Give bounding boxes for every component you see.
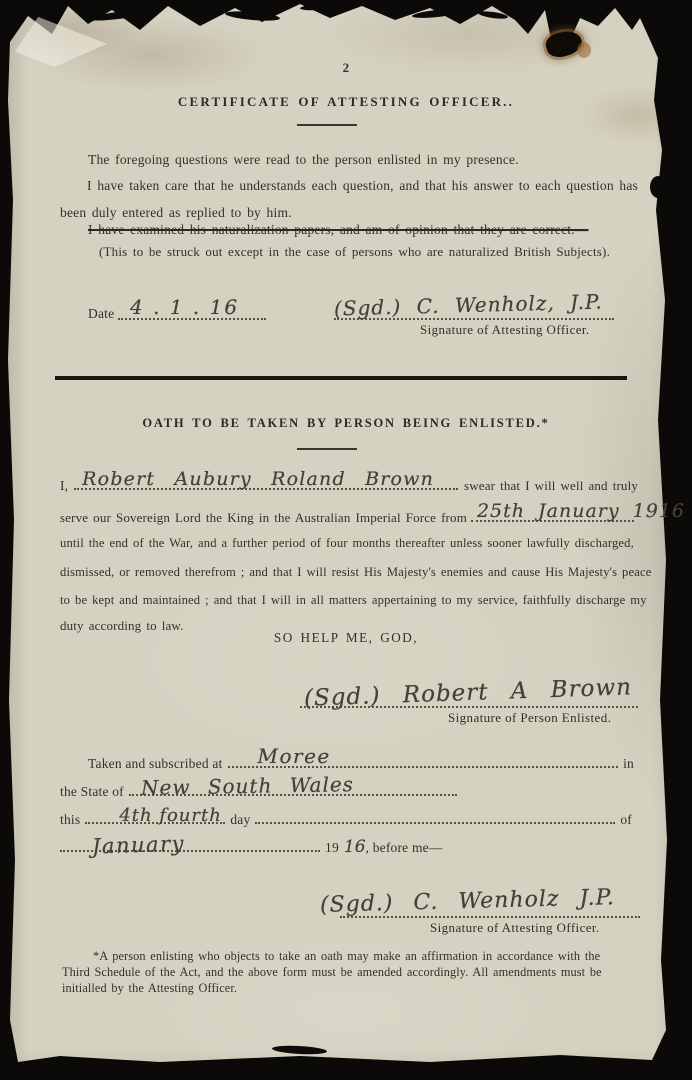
footnote-line-1: *A person enlisting who objects to take … xyxy=(93,948,641,965)
day-line-2 xyxy=(255,808,615,824)
oath-date-line: 25th January 1916 xyxy=(471,506,634,522)
person-enlisted-signature: (Sgd.) Robert A Brown xyxy=(304,674,633,711)
taken-at-line: Moree xyxy=(228,752,619,768)
enlistee-name-handwritten: Robert Aubury Roland Brown xyxy=(82,468,434,490)
month-handwritten: January xyxy=(92,831,186,858)
struck-naturalization-sentence: I have examined his naturalization paper… xyxy=(88,222,589,237)
state-label: the State of xyxy=(60,784,124,800)
taken-at-suffix: in xyxy=(623,756,634,772)
oath-title: OATH TO BE TAKEN BY PERSON BEING ENLISTE… xyxy=(0,410,692,437)
oath-line-4-text: dismissed, or removed therefrom ; and th… xyxy=(60,565,651,580)
paper-tear-decoration xyxy=(650,176,666,198)
place-handwritten: Moree xyxy=(258,744,331,768)
section-divider-rule xyxy=(55,376,627,380)
footnote-line-2: Third Schedule of the Act, and the above… xyxy=(62,964,640,981)
month-row: January 19 16 , before me— xyxy=(60,836,620,857)
of-label: of xyxy=(620,812,632,828)
date-handwritten-value: 4 . 1 . 16 xyxy=(130,295,239,319)
attesting-officer-signature-line-2: (Sgd.) C. Wenholz J.P. xyxy=(340,874,640,918)
day-line: 4th fourth xyxy=(85,808,225,824)
taken-at-row: Taken and subscribed at Moree in xyxy=(88,752,634,772)
month-line: January xyxy=(60,836,320,852)
attesting-officer-signature: (Sgd.) C. Wenholz, J.P. xyxy=(334,289,603,320)
footnote-line-3: initialled by the Attesting Officer. xyxy=(62,980,640,997)
oath-line-5-text: to be kept and maintained ; and that I w… xyxy=(60,593,647,608)
so-help-me-god: SO HELP ME, GOD, xyxy=(0,624,692,651)
certificate-paragraph-presence: The foregoing questions were read to the… xyxy=(88,146,648,173)
year-handwritten: 16 xyxy=(344,837,366,857)
day-row: this 4th fourth day of xyxy=(60,808,632,828)
oath-name-line: Robert Aubury Roland Brown xyxy=(74,474,458,490)
oath-line-5: to be kept and maintained ; and that I w… xyxy=(60,593,638,608)
person-enlisted-caption: Signature of Person Enlisted. xyxy=(448,710,611,726)
this-label: this xyxy=(60,812,80,828)
attesting-officer-signature-2: (Sgd.) C. Wenholz J.P. xyxy=(320,885,615,918)
date-label: Date xyxy=(88,300,114,327)
oath-line-3: until the end of the War, and a further … xyxy=(60,536,638,551)
state-row: the State of New South Wales xyxy=(60,780,462,800)
page-number: 2 xyxy=(0,54,692,81)
before-me-label: , before me— xyxy=(366,840,443,856)
date-line: 4 . 1 . 16 xyxy=(118,290,266,320)
day-handwritten: 4th fourth xyxy=(119,805,222,826)
struck-out-note: (This to be struck out except in the cas… xyxy=(99,238,659,265)
oath-line-1-rest: swear that I will well and truly xyxy=(464,478,638,494)
attesting-officer-caption-2: Signature of Attesting Officer. xyxy=(430,920,600,936)
taken-at-label: Taken and subscribed at xyxy=(88,756,223,772)
paper-tear-decoration xyxy=(300,3,340,12)
title-divider-rule xyxy=(297,124,357,126)
attesting-officer-caption: Signature of Attesting Officer. xyxy=(420,322,590,338)
oath-line-2-text: serve our Sovereign Lord the King in the… xyxy=(60,510,467,526)
oath-line-1: I, Robert Aubury Roland Brown swear that… xyxy=(60,474,638,494)
oath-divider-rule xyxy=(297,448,357,450)
oath-line-4: dismissed, or removed therefrom ; and th… xyxy=(60,565,638,580)
attesting-officer-signature-line: (Sgd.) C. Wenholz, J.P. xyxy=(334,284,614,320)
state-handwritten: New South Wales xyxy=(141,772,354,800)
certificate-title: CERTIFICATE OF ATTESTING OFFICER.. xyxy=(0,88,692,115)
day-label: day xyxy=(230,812,250,828)
oath-line-2: serve our Sovereign Lord the King in the… xyxy=(60,506,638,526)
person-signature-line: (Sgd.) Robert A Brown xyxy=(300,666,638,708)
year-prefix: 19 xyxy=(325,840,339,856)
oath-line-3-text: until the end of the War, and a further … xyxy=(60,536,634,551)
scan-background: 2 CERTIFICATE OF ATTESTING OFFICER.. The… xyxy=(0,0,692,1080)
oath-date-handwritten: 25th January 1916 xyxy=(477,500,685,522)
state-line: New South Wales xyxy=(129,780,457,796)
oath-pronoun: I, xyxy=(60,478,68,494)
